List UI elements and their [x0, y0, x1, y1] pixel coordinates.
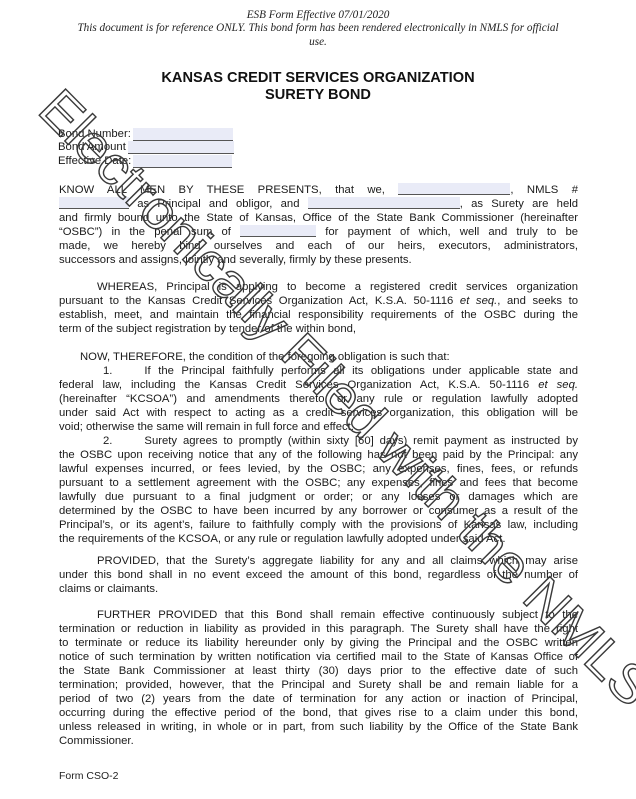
- provided-paragraph: PROVIDED, that the Surety’s aggregate li…: [59, 554, 578, 596]
- condition-item-1: 1.If the Principal faithfully performs a…: [59, 364, 578, 378]
- effective-date-row: Effective Date:: [58, 154, 234, 168]
- form-id: Form CSO-2: [59, 770, 119, 782]
- nmls-number-field[interactable]: [59, 197, 129, 209]
- bond-number-label: Bond Number:: [58, 127, 131, 141]
- reference-notice: This document is for reference ONLY. Thi…: [40, 22, 596, 49]
- further-provided-paragraph: FURTHER PROVIDED that this Bond shall re…: [59, 608, 578, 748]
- effective-date-label: Effective Date:: [58, 154, 131, 168]
- now-therefore-paragraph: NOW, THEREFORE, the condition of the for…: [59, 350, 578, 546]
- bond-number-field[interactable]: [133, 128, 233, 141]
- condition-item-2: 2.Surety agrees to promptly (within sixt…: [59, 434, 578, 448]
- form-effective-date: ESB Form Effective 07/01/2020: [40, 9, 596, 23]
- document-title: KANSAS CREDIT SERVICES ORGANIZATION: [0, 70, 636, 87]
- bond-amount-label: Bond Amount: [58, 140, 126, 154]
- bond-number-row: Bond Number:: [58, 127, 234, 141]
- reference-notice-line-1: This document is for reference ONLY. Thi…: [40, 22, 596, 36]
- know-all-paragraph: KNOW ALL MEN BY THESE PRESENTS, that we,…: [59, 183, 578, 267]
- penal-sum-field[interactable]: [240, 225, 316, 237]
- bond-info-fields: Bond Number: Bond Amount Effective Date:: [58, 127, 234, 168]
- surety-name-field[interactable]: [308, 197, 460, 209]
- bond-form-page: ESB Form Effective 07/01/2020 This docum…: [0, 0, 636, 799]
- bond-amount-field[interactable]: [128, 141, 234, 154]
- principal-name-field[interactable]: [398, 183, 510, 195]
- whereas-paragraph: WHEREAS, Principal is applying to become…: [59, 280, 578, 336]
- effective-date-field[interactable]: [133, 155, 232, 168]
- reference-notice-line-2: use.: [40, 36, 596, 50]
- bond-amount-row: Bond Amount: [58, 141, 234, 155]
- document-subtitle: SURETY BOND: [0, 87, 636, 104]
